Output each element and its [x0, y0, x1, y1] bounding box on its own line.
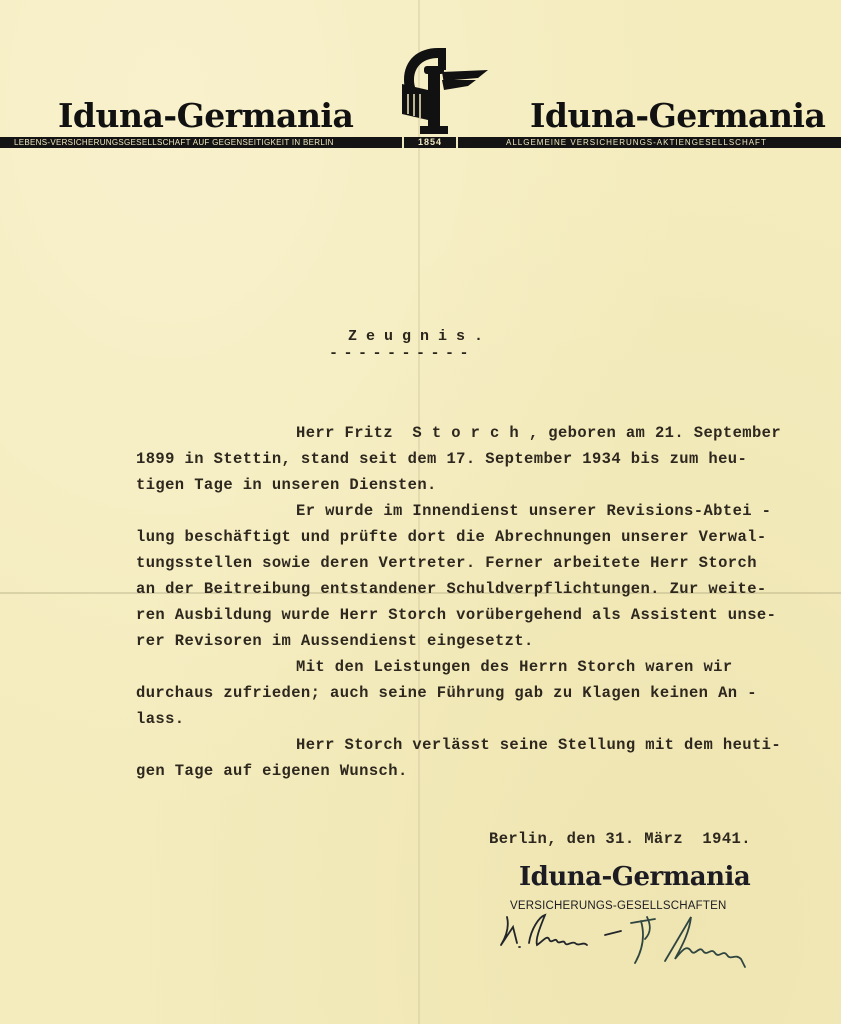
text-line: lung beschäftigt und prüfte dort die Abr…: [136, 524, 836, 550]
signature-icon: [631, 917, 745, 967]
text-line: tigen Tage in unseren Diensten.: [136, 472, 836, 498]
text-line: ren Ausbildung wurde Herr Storch vorüber…: [136, 602, 836, 628]
text-line: durchaus zufrieden; auch seine Führung g…: [136, 680, 836, 706]
text-line: gen Tage auf eigenen Wunsch.: [136, 758, 836, 784]
text-line: tungsstellen sowie deren Vertreter. Fern…: [136, 550, 836, 576]
band-year: 1854: [402, 137, 458, 148]
ig-eagle-monogram-icon: [398, 44, 490, 136]
stamp-company-name: Iduna-Germania: [519, 862, 750, 892]
band-text-right: ALLGEMEINE VERSICHERUNGS-AKTIENGESELLSCH…: [506, 137, 767, 148]
paragraph-4: Herr Storch verlässt seine Stellung mit …: [136, 732, 836, 784]
text-line: lass.: [136, 706, 836, 732]
document-body: Herr Fritz S t o r c h , geboren am 21. …: [136, 420, 836, 784]
brand-name-left: Iduna-Germania: [58, 96, 353, 135]
text-line: 1899 in Stettin, stand seit dem 17. Sept…: [136, 446, 836, 472]
paragraph-3: Mit den Leistungen des Herrn Storch ware…: [136, 654, 836, 732]
signature-icon: [501, 915, 621, 947]
text-line: Herr Fritz S t o r c h , geboren am 21. …: [136, 420, 836, 446]
place-and-date: Berlin, den 31. März 1941.: [489, 830, 751, 848]
paragraph-1: Herr Fritz S t o r c h , geboren am 21. …: [136, 420, 836, 498]
title-underline: ----------: [329, 345, 474, 362]
paragraph-2: Er wurde im Innendienst unserer Revision…: [136, 498, 836, 654]
text-line: rer Revisoren im Aussendienst eingesetzt…: [136, 628, 836, 654]
signatures: [495, 905, 765, 985]
brand-name-right: Iduna-Germania: [530, 96, 825, 135]
text-line: an der Beitreibung entstandener Schuldve…: [136, 576, 836, 602]
band-text-left: LEBENS-VERSICHERUNGSGESELLSCHAFT AUF GEG…: [14, 137, 334, 148]
text-line: Mit den Leistungen des Herrn Storch ware…: [136, 654, 836, 680]
text-line: Herr Storch verlässt seine Stellung mit …: [136, 732, 836, 758]
text-line: Er wurde im Innendienst unserer Revision…: [136, 498, 836, 524]
document-title: Zeugnis.: [348, 328, 492, 345]
